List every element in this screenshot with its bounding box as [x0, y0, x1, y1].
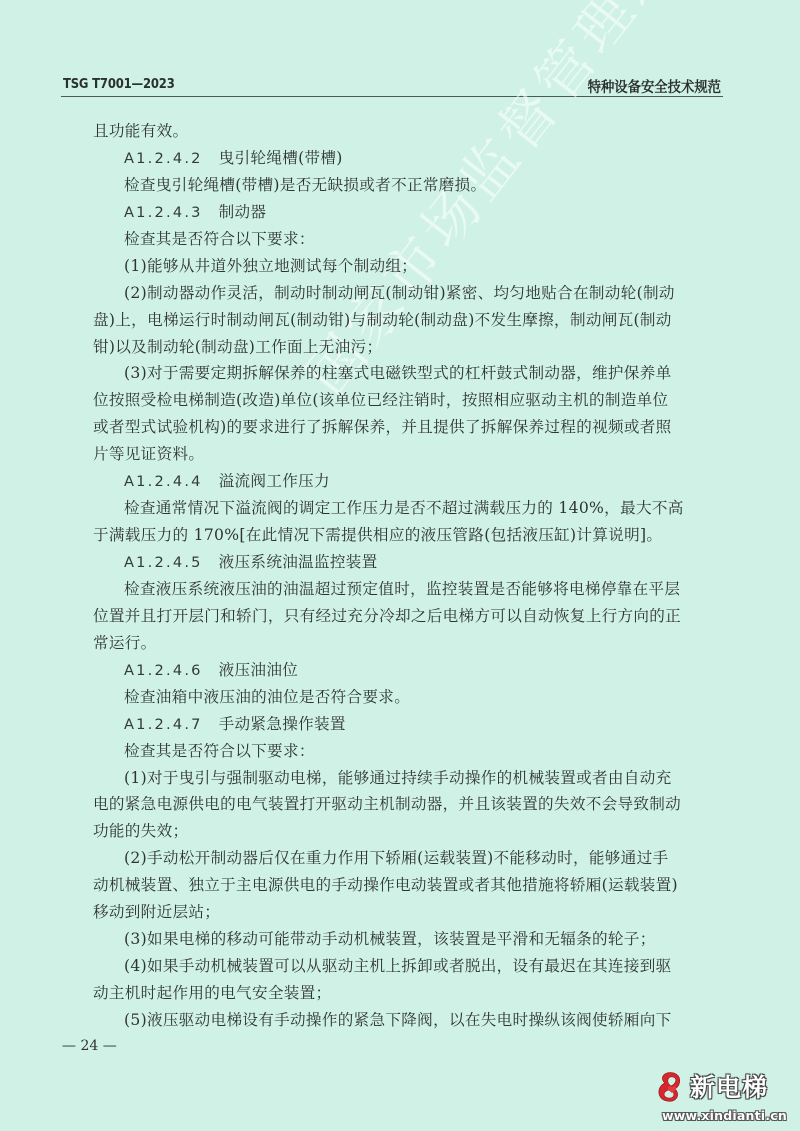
paragraph-line: (4)如果手动机械装置可以从驱动主机上拆卸或者脱出，设有最迟在其连接到驱 [93, 953, 709, 980]
paragraph-line: 检查其是否符合以下要求： [93, 738, 709, 765]
paragraph-line: 检查液压系统液压油的油温超过预定值时，监控装置是否能够将电梯停靠在平层 [93, 576, 709, 603]
paragraph-line: 检查其是否符合以下要求： [93, 226, 709, 253]
standard-code: TSG T7001—2023 [63, 76, 175, 92]
paragraph-line: 检查曳引轮绳槽(带槽)是否无缺损或者不正常磨损。 [93, 172, 709, 199]
paragraph-line: 检查通常情况下溢流阀的调定工作压力是否不超过满载压力的 140%，最大不高 [93, 495, 709, 522]
clause-heading: A1.2.4.5液压系统油温监控装置 [93, 549, 709, 576]
clause-heading: A1.2.4.6液压油油位 [93, 657, 709, 684]
clause-title: 制动器 [219, 203, 267, 221]
clause-number: A1.2.4.6 [124, 662, 203, 679]
continuation-line: 移动到附近层站； [93, 899, 709, 926]
paragraph-line: (2)制动器动作灵活，制动时制动闸瓦(制动钳)紧密、均匀地贴合在制动轮(制动 [93, 280, 709, 307]
continuation-line: 动主机时起作用的电气安全装置； [93, 980, 709, 1007]
paragraph-line: (5)液压驱动电梯设有手动操作的紧急下降阀，以在失电时操纵该阀使轿厢向下 [93, 1007, 709, 1034]
continuation-line: 电的紧急电源供电的电气装置打开驱动主机制动器，并且该装置的失效不会导致制动 [93, 791, 709, 818]
continuation-line: 常运行。 [93, 630, 709, 657]
clause-title: 手动紧急操作装置 [219, 715, 346, 733]
paragraph-line: (3)对于需要定期拆解保养的柱塞式电磁铁型式的杠杆鼓式制动器，维护保养单 [93, 360, 709, 387]
continuation-line: 于满载压力的 170%[在此情况下需提供相应的液压管路(包括液压缸)计算说明]。 [93, 522, 709, 549]
continuation-line: 位置并且打开层门和轿门，只有经过充分冷却之后电梯方可以自动恢复上行方向的正 [93, 603, 709, 630]
clause-number: A1.2.4.2 [124, 150, 203, 167]
paragraph-line: (2)手动松开制动器后仅在重力作用下轿厢(运载装置)不能移动时，能够通过手 [93, 845, 709, 872]
clause-number: A1.2.4.7 [124, 716, 203, 733]
clause-number: A1.2.4.3 [124, 204, 203, 221]
continuation-line: 动机械装置、独立于主电源供电的手动操作电动装置或者其他措施将轿厢(运载装置) [93, 872, 709, 899]
elevator-logo-icon [654, 1070, 686, 1104]
clause-title: 液压油油位 [219, 661, 298, 679]
continuation-line: 片等见证资料。 [93, 441, 709, 468]
continuation-line: 钳)以及制动轮(制动盘)工作面上无油污； [93, 334, 709, 361]
series-title: 特种设备安全技术规范 [588, 76, 721, 97]
clause-title: 溢流阀工作压力 [219, 472, 330, 490]
clause-heading: A1.2.4.7手动紧急操作装置 [93, 711, 709, 738]
continuation-line: 且功能有效。 [93, 118, 709, 145]
continuation-line: 位按照受检电梯制造(改造)单位(该单位已经注销时，按照相应驱动主机的制造单位 [93, 387, 709, 414]
paragraph-line: (1)能够从井道外独立地测试每个制动组； [93, 253, 709, 280]
logo-name: 新电梯 [690, 1068, 768, 1104]
clause-title: 曳引轮绳槽(带槽) [219, 149, 343, 167]
page-number: — 24 — [62, 1038, 117, 1054]
continuation-line: 盘)上，电梯运行时制动闸瓦(制动钳)与制动轮(制动盘)不发生摩擦，制动闸瓦(制动 [93, 307, 709, 334]
clause-heading: A1.2.4.4溢流阀工作压力 [93, 468, 709, 495]
continuation-line: 或者型式试验机构)的要求进行了拆解保养，并且提供了拆解保养过程的视频或者照 [93, 414, 709, 441]
document-body: 且功能有效。A1.2.4.2曳引轮绳槽(带槽)检查曳引轮绳槽(带槽)是否无缺损或… [93, 118, 709, 1034]
site-logo[interactable]: 新电梯 www.xindianti.cn [650, 1068, 800, 1128]
clause-heading: A1.2.4.3制动器 [93, 199, 709, 226]
paragraph-line: (3)如果电梯的移动可能带动手动机械装置，该装置是平滑和无辐条的轮子； [93, 926, 709, 953]
logo-url: www.xindianti.cn [662, 1108, 787, 1123]
running-header: TSG T7001—2023 特种设备安全技术规范 [61, 74, 723, 97]
clause-number: A1.2.4.5 [124, 554, 203, 571]
clause-number: A1.2.4.4 [124, 473, 203, 490]
paragraph-line: 检查油箱中液压油的油位是否符合要求。 [93, 684, 709, 711]
paragraph-line: (1)对于曳引与强制驱动电梯，能够通过持续手动操作的机械装置或者由自动充 [93, 765, 709, 792]
continuation-line: 功能的失效； [93, 818, 709, 845]
clause-title: 液压系统油温监控装置 [219, 553, 378, 571]
clause-heading: A1.2.4.2曳引轮绳槽(带槽) [93, 145, 709, 172]
